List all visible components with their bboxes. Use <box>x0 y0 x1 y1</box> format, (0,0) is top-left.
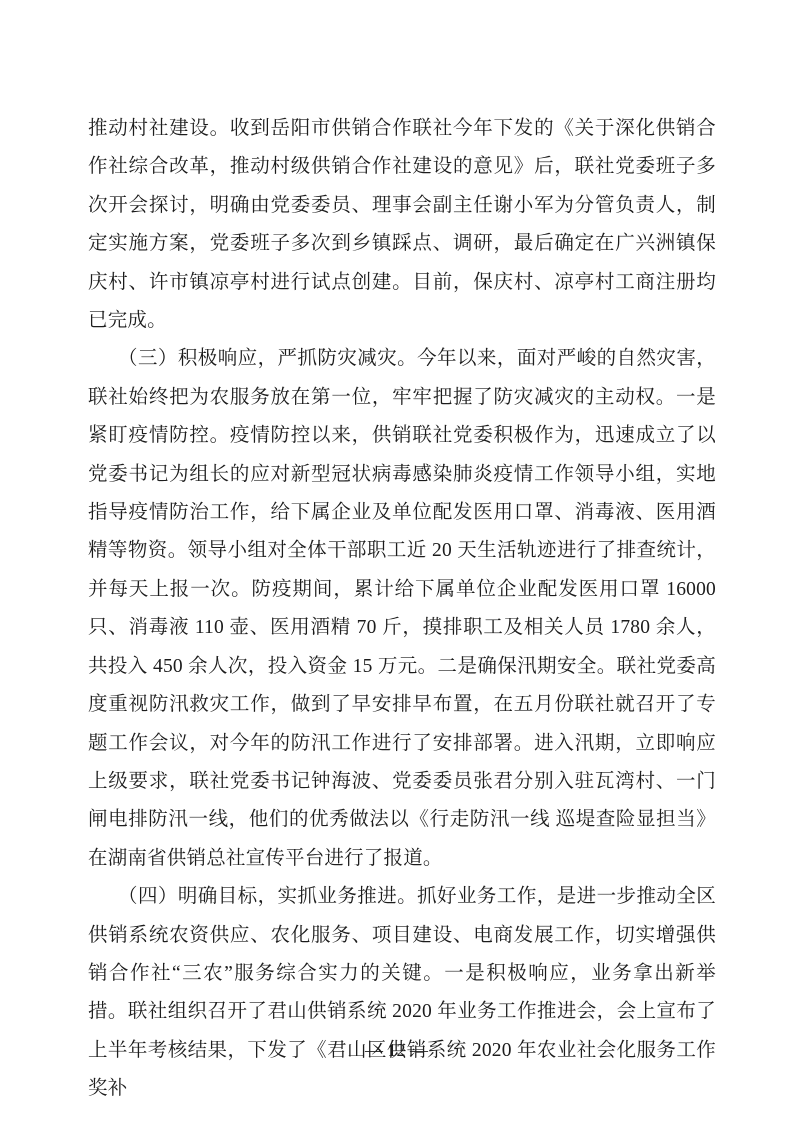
paragraph-section-3: （三）积极响应，严抓防灾减灾。今年以来，面对严峻的自然灾害，联社始终把为农服务放… <box>88 340 716 878</box>
paragraph-section-4: （四）明确目标，实抓业务推进。抓好业务工作，是进一步推动全区供销系统农资供应、农… <box>88 878 716 1108</box>
document-body: 推动村社建设。收到岳阳市供销合作联社今年下发的《关于深化供销合作社综合改革，推动… <box>88 110 716 1109</box>
page-number: — 12 — <box>365 1040 428 1060</box>
document-page: 推动村社建设。收到岳阳市供销合作联社今年下发的《关于深化供销合作社综合改革，推动… <box>0 0 793 1122</box>
paragraph-continuation: 推动村社建设。收到岳阳市供销合作联社今年下发的《关于深化供销合作社综合改革，推动… <box>88 110 716 340</box>
page-footer: — 12 — <box>0 1036 793 1064</box>
